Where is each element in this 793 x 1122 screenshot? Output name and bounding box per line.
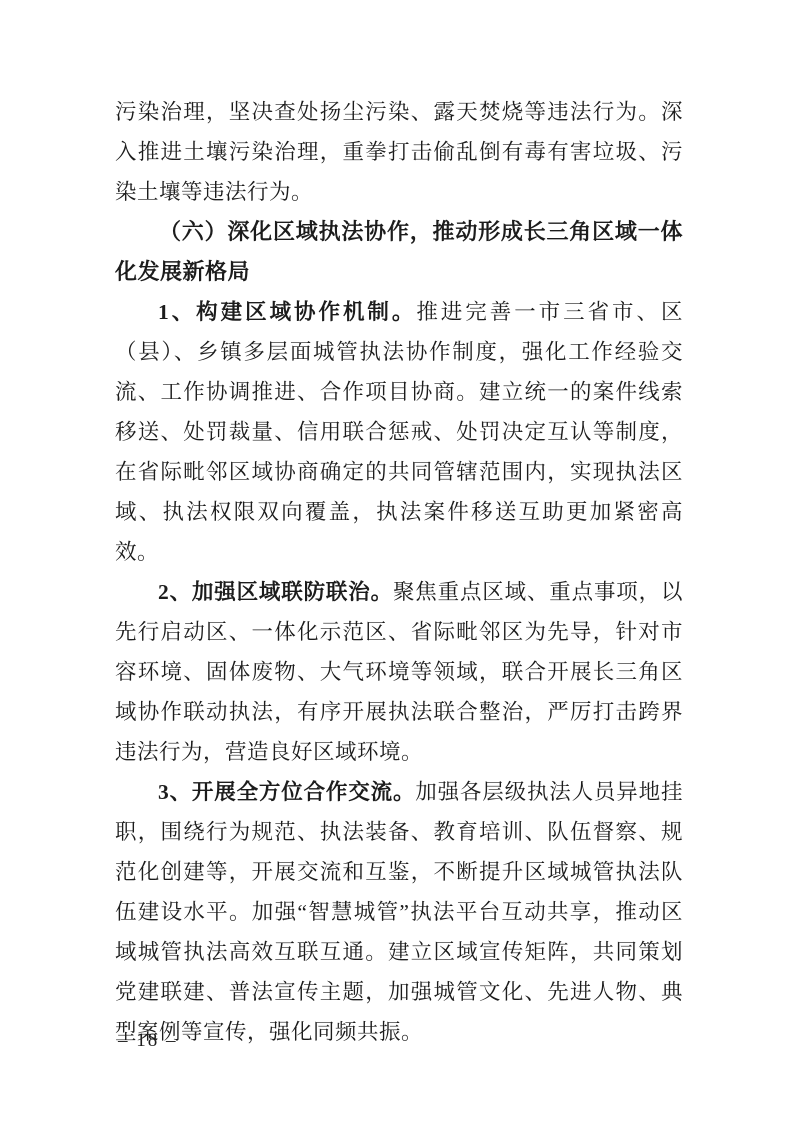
item-3-lead: 3、开展全方位合作交流。 xyxy=(158,780,415,804)
paragraph-item-3: 3、开展全方位合作交流。加强各层级执法人员异地挂职，围绕行为规范、执法装备、教育… xyxy=(115,772,683,1052)
document-page: 污染治理，坚决查处扬尘污染、露天焚烧等违法行为。深入推进土壤污染治理，重拳打击偷… xyxy=(0,0,793,1122)
item-1-lead: 1、构建区域协作机制。 xyxy=(158,300,416,324)
item-3-text: 加强各层级执法人员异地挂职，围绕行为规范、执法装备、教育培训、队伍督察、规范化创… xyxy=(115,780,683,1044)
section-heading-6: （六）深化区域执法协作，推动形成长三角区域一体化发展新格局 xyxy=(115,212,683,292)
item-1-text: 推进完善一市三省市、区（县）、乡镇多层面城管执法协作制度，强化工作经验交流、工作… xyxy=(115,300,683,564)
paragraph-pollution-control: 污染治理，坚决查处扬尘污染、露天焚烧等违法行为。深入推进土壤污染治理，重拳打击偷… xyxy=(115,92,683,212)
page-number: – 18 – xyxy=(118,1028,178,1054)
paragraph-item-1: 1、构建区域协作机制。推进完善一市三省市、区（县）、乡镇多层面城管执法协作制度，… xyxy=(115,292,683,572)
item-2-lead: 2、加强区域联防联治。 xyxy=(158,580,393,604)
paragraph-item-2: 2、加强区域联防联治。聚焦重点区域、重点事项，以先行启动区、一体化示范区、省际毗… xyxy=(115,572,683,772)
item-2-text: 聚焦重点区域、重点事项，以先行启动区、一体化示范区、省际毗邻区为先导，针对市容环… xyxy=(115,580,683,764)
page-content: 污染治理，坚决查处扬尘污染、露天焚烧等违法行为。深入推进土壤污染治理，重拳打击偷… xyxy=(115,92,683,1052)
